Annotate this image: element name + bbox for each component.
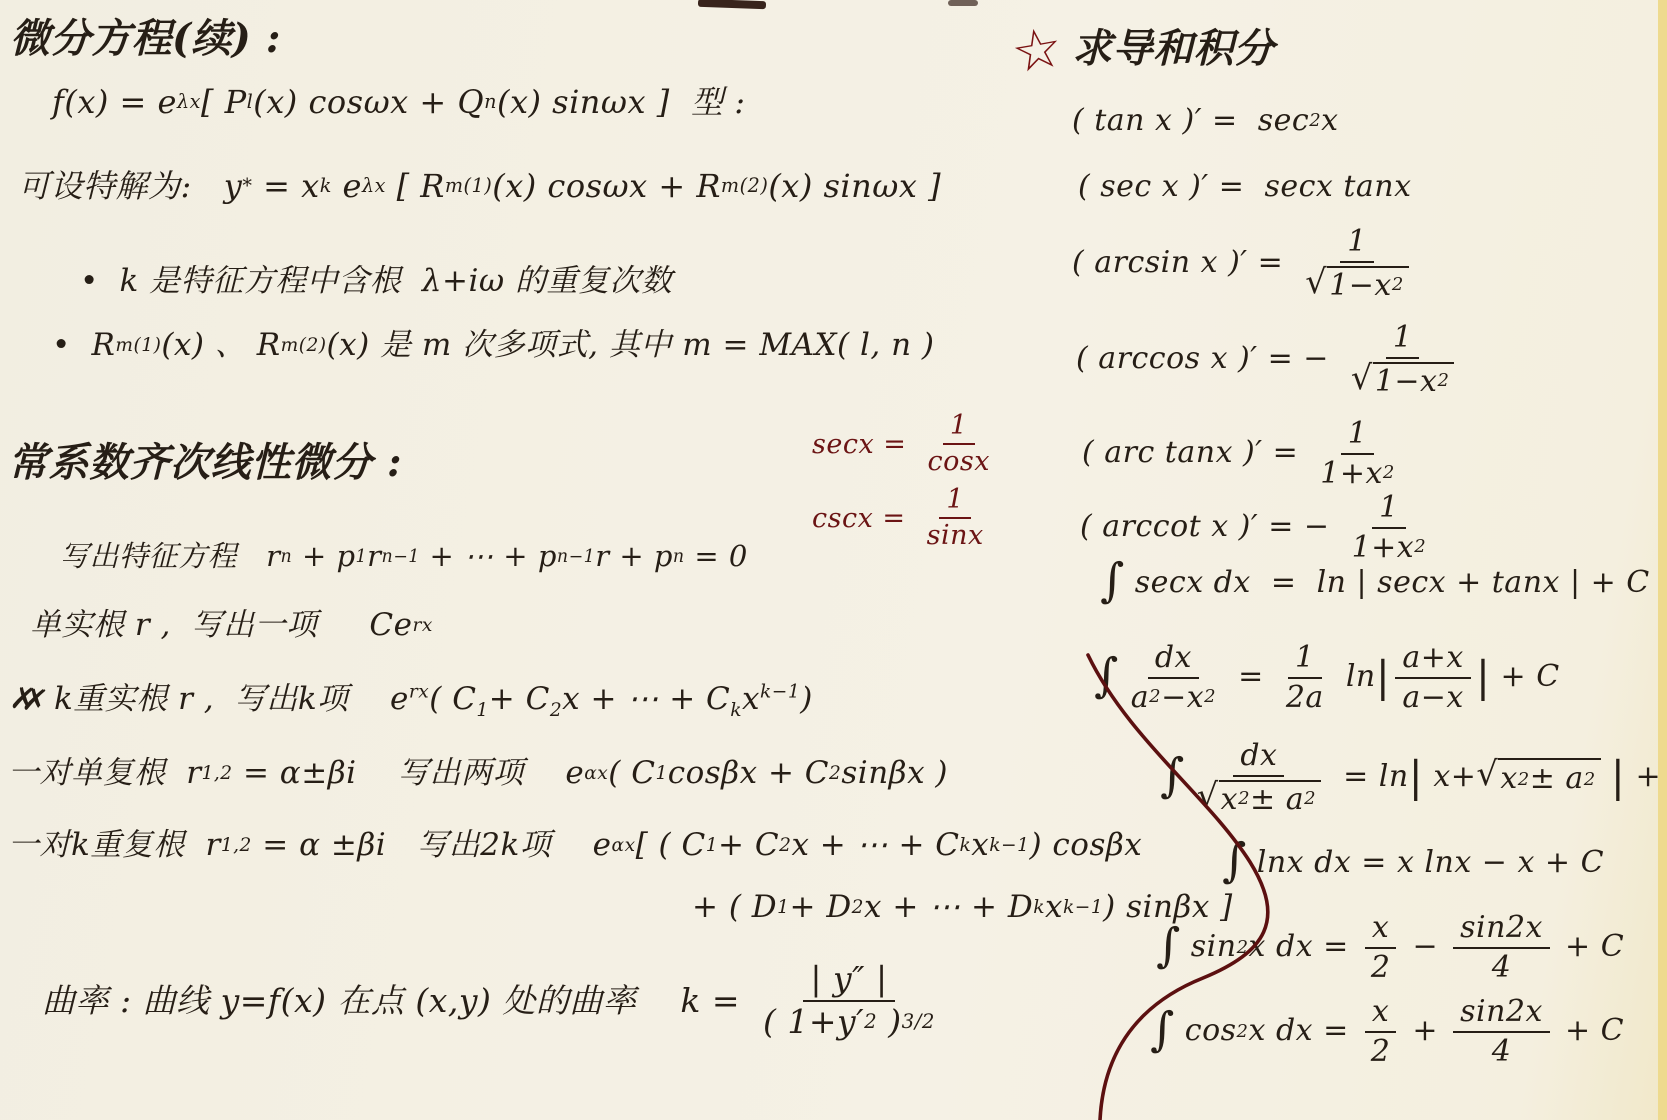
derivative-arccos: ( arccos x )′ = − 1√1−x2 xyxy=(1076,322,1466,397)
derivative-sec: ( sec x )′ = secx tanx xyxy=(1078,170,1412,205)
derivative-arccot: ( arccot x )′ = − 11+x2 xyxy=(1080,492,1438,563)
handwritten-notes-page: 微分方程(续) : f(x) = eλx[ Pl(x) cosωx + Qn(x… xyxy=(0,0,1667,1120)
note-cscx-identity: cscx = 1sinx xyxy=(812,486,996,551)
rule-complex-k-root-line1: 一对k重复根 r1,2 = α ±βi 写出2k项 eαx[ ( C1+ C2x… xyxy=(8,828,1142,864)
integral-secx: ∫ secx dx = ln | secx + tanx | + C xyxy=(1100,562,1650,604)
rule-k-real-root: ✗✗ k重实根 r , 写出k项 erx( C1+ C2x + ⋯ + Ckxk… xyxy=(10,682,813,718)
bullet-k-note: • k 是特征方程中含根 λ+iω 的重复次数 xyxy=(80,264,673,300)
rule-complex-k-root-line2: + ( D1+ D2x + ⋯ + Dkxk−1) sinβx ] xyxy=(692,890,1233,926)
formula-curvature: 曲率 : 曲线 y=f(x) 在点 (x,y) 处的曲率 k = | y″ |(… xyxy=(42,962,947,1039)
scribble-cross-icon: ✗✗ xyxy=(8,681,37,720)
formula-fx-type: f(x) = eλx[ Pl(x) cosωx + Qn(x) sinωx ] … xyxy=(52,84,746,121)
integral-lnx: ∫ lnx dx = x lnx − x + C xyxy=(1222,842,1604,884)
integral-sqrt-x2-a2: ∫dx√x2± a2 = ln| x+√x2± a2 | +C xyxy=(1160,740,1667,815)
formula-special-solution: 可设特解为: y* = xk eλx [ Rm(1)(x) cosωx + Rm… xyxy=(18,168,941,205)
page-edge-ink-mark xyxy=(948,0,978,6)
integral-cos2x: ∫ cos2x dx = x2 + sin2x4 + C xyxy=(1150,996,1624,1067)
derivative-arcsin: ( arcsin x )′ = 1√1−x2 xyxy=(1072,226,1421,301)
page-edge-ink-mark xyxy=(698,0,766,9)
section-title-homogeneous: 常系数齐次线性微分 : xyxy=(8,440,402,486)
note-secx-identity: secx = 1cosx xyxy=(812,412,1002,477)
formula-characteristic-eq: 写出特征方程 rn + p1rn−1 + ⋯ + pn−1r + pn = 0 xyxy=(60,540,748,573)
right-column-title: 求导和积分 xyxy=(1072,26,1275,72)
bullet-r-note: • Rm(1)(x) 、 Rm(2)(x) 是 m 次多项式, 其中 m = M… xyxy=(52,328,935,364)
integral-sin2x: ∫ sin2x dx = x2 − sin2x4 + C xyxy=(1156,912,1624,983)
integral-a2-x2: ∫dxa2−x2 = 12a ln|a+xa−x| + C xyxy=(1094,642,1560,713)
rule-k-real-root-formula: k重实根 r , 写出k项 erx( C1+ C2x + ⋯ + Ckxk−1) xyxy=(54,682,813,718)
derivative-tan: ( tan x )′ = sec2x xyxy=(1072,104,1339,139)
rule-single-real-root: 单实根 r , 写出一项 Cerx xyxy=(30,608,433,644)
rule-complex-single-root: 一对单复根 r1,2 = α±βi 写出两项 eαx( C1cosβx + C2… xyxy=(8,756,948,792)
star-icon: ☆ xyxy=(1007,14,1068,87)
page-title: 微分方程(续) : xyxy=(10,16,281,62)
derivative-arctan: ( arc tanx )′ = 11+x2 xyxy=(1082,418,1407,489)
page-edge-strip xyxy=(1658,0,1667,1120)
